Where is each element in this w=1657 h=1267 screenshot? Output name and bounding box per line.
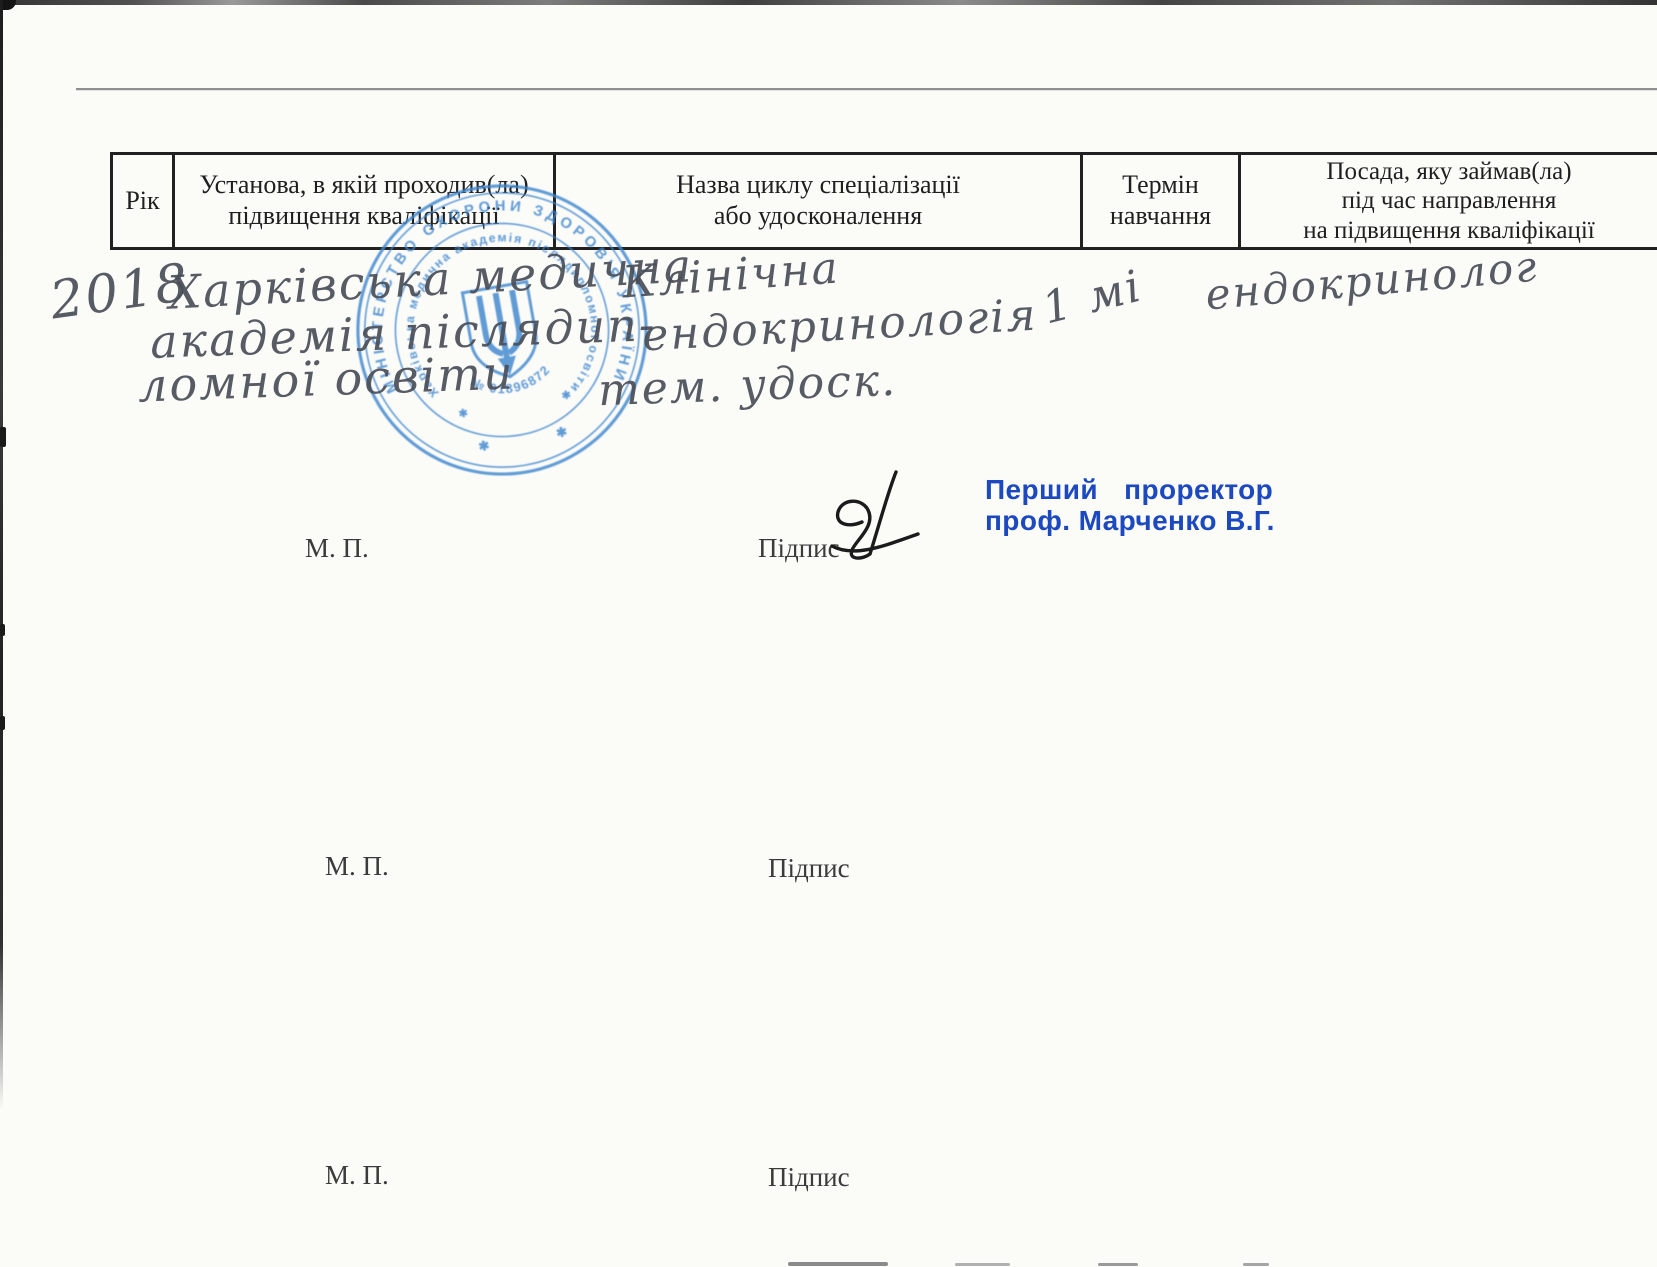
seal-place-label: М. П. xyxy=(325,851,389,882)
header-line: на підвищення кваліфікації xyxy=(1303,216,1594,246)
header-line: Назва циклу спеціалізації xyxy=(676,170,960,201)
header-cell-term: Термін навчання xyxy=(1080,155,1238,247)
header-line: Посада, яку займав(ла) xyxy=(1326,157,1571,187)
handwritten-position: ендокринолог xyxy=(1203,242,1540,320)
scan-edge-bottom-segment xyxy=(955,1263,1010,1266)
header-cell-year: Рік xyxy=(110,155,172,247)
stamp-star-icon: ✱ xyxy=(477,437,490,454)
stamp-star-icon: ✱ xyxy=(561,389,572,402)
header-line: навчання xyxy=(1110,201,1211,232)
header-line: Рік xyxy=(125,186,159,217)
scanned-document-page: Рік Установа, в якій проходив(ла) підвищ… xyxy=(0,0,1657,1267)
scan-edge-bottom-segment xyxy=(1098,1263,1138,1266)
scan-edge-left xyxy=(0,0,3,1110)
seal-place-label: М. П. xyxy=(325,1160,389,1191)
scan-edge-bottom-segment xyxy=(1243,1263,1269,1266)
scan-edge-top xyxy=(0,0,1657,5)
scan-edge-bottom-segment xyxy=(788,1262,888,1266)
handwritten-course-line3: тем. удоск. xyxy=(597,355,898,416)
scan-mark xyxy=(0,716,5,730)
stamp-star-icon: ✱ xyxy=(555,424,568,441)
officer-stamp-text: Перший проректор проф. Марченко В.Г. xyxy=(985,474,1275,536)
scan-mark xyxy=(0,624,5,636)
signature-label: Підпис xyxy=(768,1162,850,1193)
header-cell-position: Посада, яку займав(ла) під час направлен… xyxy=(1238,155,1657,247)
seal-place-label: М. П. xyxy=(305,533,369,564)
scan-mark xyxy=(0,427,6,447)
header-line: або удосконалення xyxy=(714,201,922,232)
handwritten-signature xyxy=(818,462,928,572)
page-top-rule xyxy=(76,88,1657,91)
officer-name: проф. Марченко В.Г. xyxy=(985,505,1275,536)
handwritten-term: 1 мі xyxy=(1037,261,1147,335)
officer-title: Перший проректор xyxy=(985,474,1275,505)
header-line: Термін xyxy=(1122,170,1199,201)
signature-label: Підпис xyxy=(768,853,850,884)
header-line: під час направлення xyxy=(1342,186,1557,216)
stamp-star-icon: ✱ xyxy=(458,407,469,420)
